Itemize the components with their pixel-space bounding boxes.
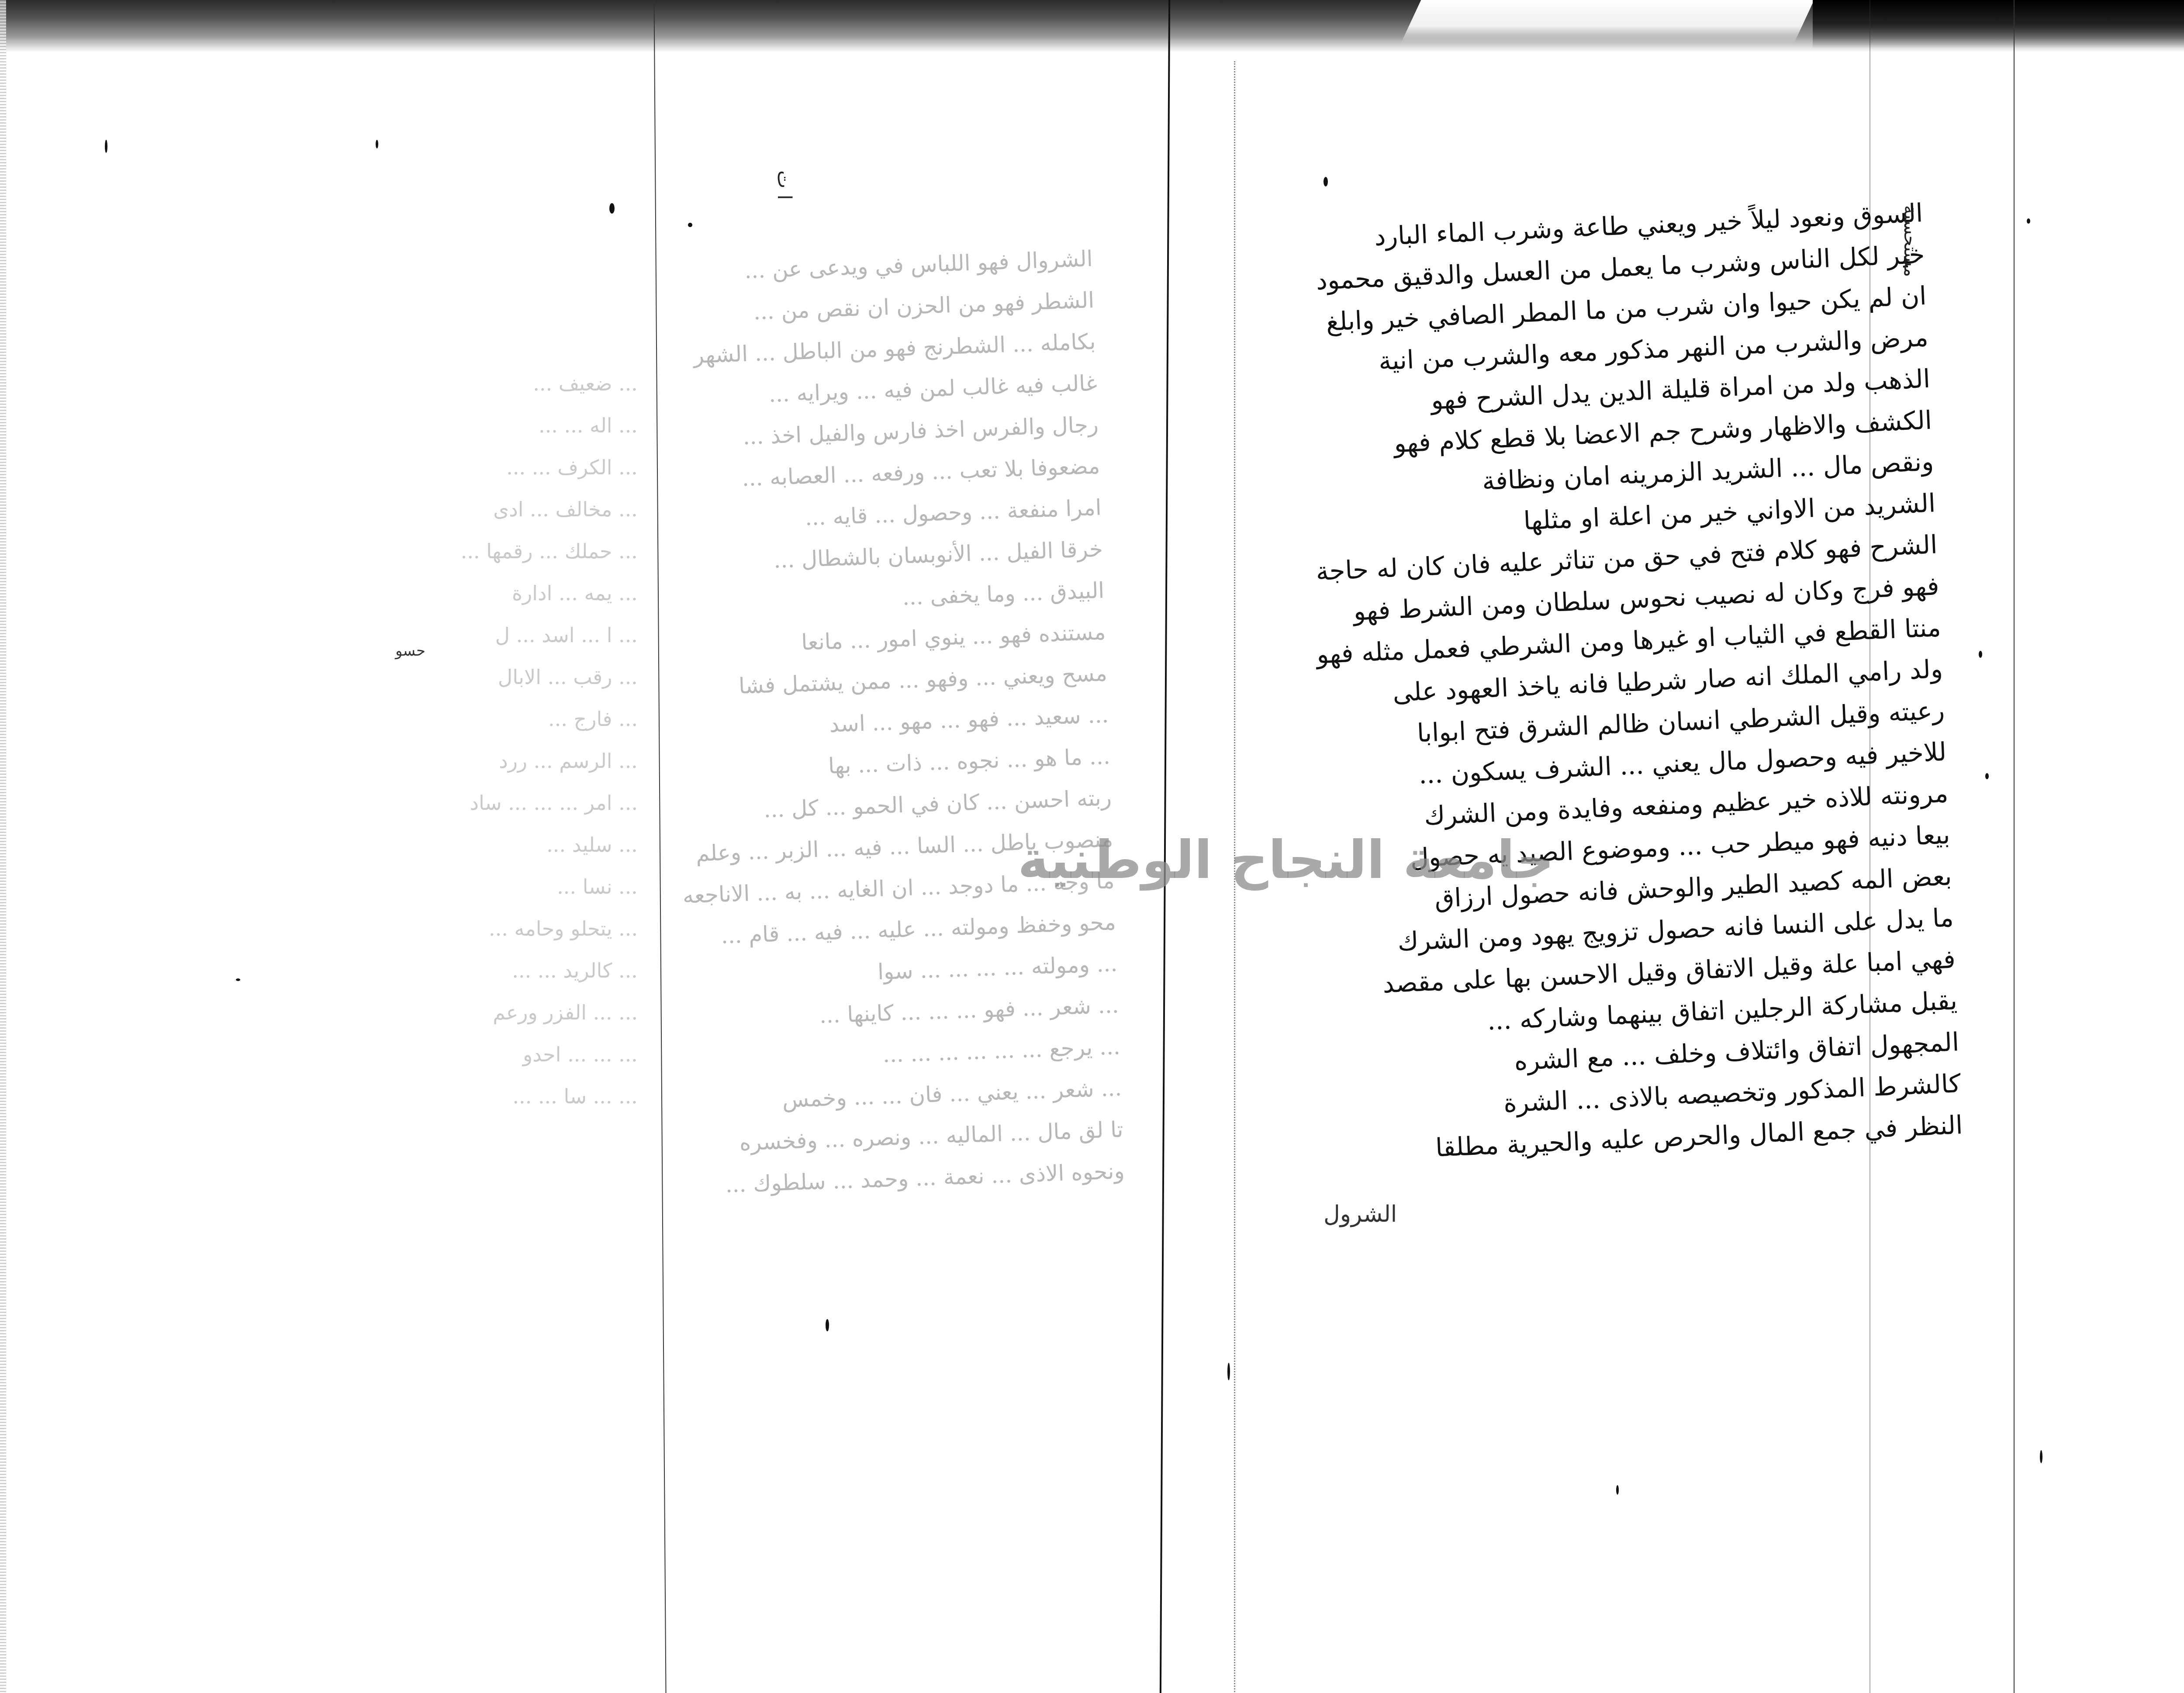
scan-left-edge [0, 0, 6, 1693]
left-margin-mark: حسو [395, 642, 425, 660]
ink-speck [1324, 177, 1328, 187]
ink-speck [1616, 1485, 1619, 1495]
ink-speck [1985, 773, 1989, 779]
left-page-text-block: الشروال فهو اللباس في ويدعى عن ... الشطر… [516, 238, 1125, 1212]
catchword: الشرول [1324, 1201, 1397, 1227]
university-watermark: جامعة النجاح الوطنية [1018, 830, 1554, 891]
ink-speck [2040, 1450, 2042, 1463]
ink-speck [105, 140, 107, 153]
right-page-text-block: السوق ونعود ليلاً خير ويعني طاعة وشرب ال… [1258, 192, 1963, 1175]
scan-top-right-shadow [1813, 0, 2184, 48]
ink-speck [688, 223, 692, 227]
ink-speck [1227, 1363, 1230, 1380]
ink-speck [609, 203, 615, 214]
ink-speck [376, 140, 378, 149]
ink-speck [236, 978, 240, 981]
top-center-vertical-note: ا ت [773, 170, 795, 200]
ink-speck [1979, 651, 1982, 658]
right-page-rule-line [2014, 0, 2015, 1693]
ink-speck [826, 1319, 829, 1331]
scan-top-light-patch [1401, 0, 1814, 44]
right-margin-vertical-note: مستحسنة [1900, 205, 1920, 277]
ink-speck [2027, 218, 2030, 224]
